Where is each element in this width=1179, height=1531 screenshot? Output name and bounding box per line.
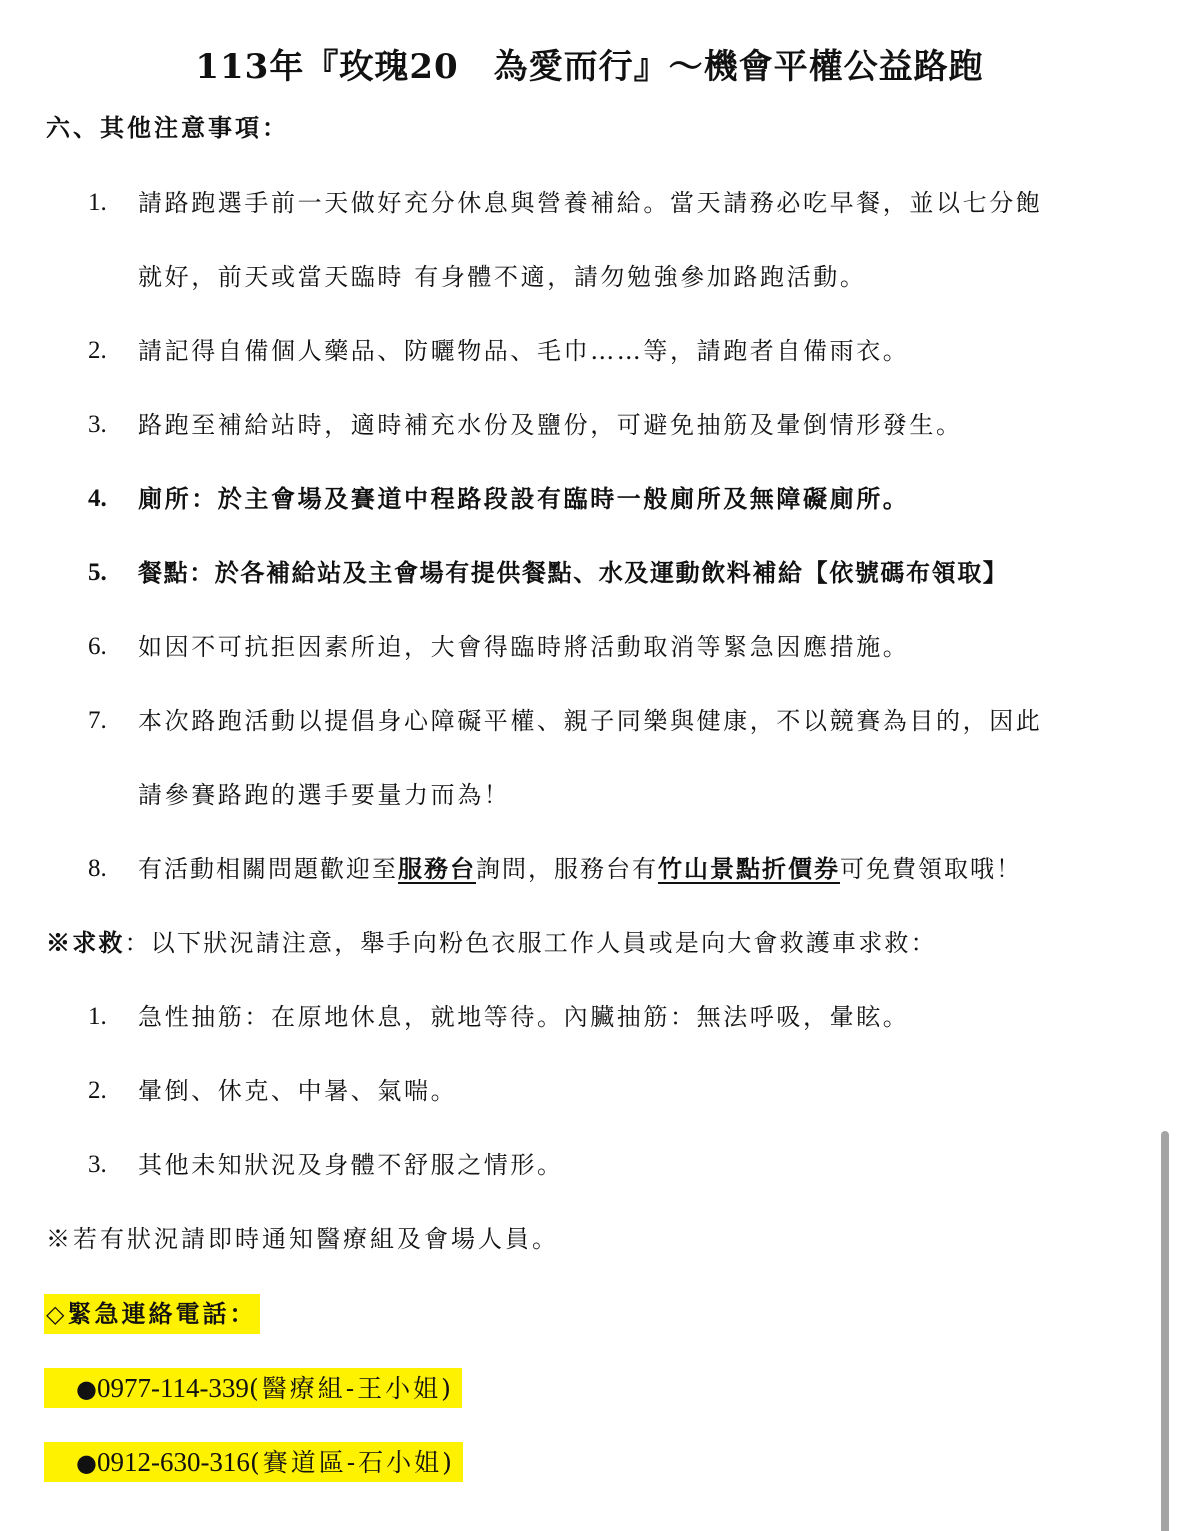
note-8-text-c: 詢問，服務台有: [476, 855, 658, 883]
contact-person: (賽道區-石小姐): [250, 1448, 455, 1477]
document-title: 113年『玫瑰20 為愛而行』～機會平權公益路跑: [0, 42, 1179, 92]
bullet-icon: ●: [76, 1449, 97, 1477]
notify-notice: ※若有狀況請即時通知醫療組及會場人員。: [46, 1219, 559, 1259]
note-3-number: 3.: [88, 405, 107, 445]
rescue-item-2-number: 2.: [88, 1071, 107, 1111]
contact-medical: ●0977-114-339(醫療組-王小姐): [44, 1368, 462, 1408]
note-2-line-1: 請記得自備個人藥品、防曬物品、毛巾……等，請跑者自備雨衣。: [138, 331, 909, 371]
note-6-line-1: 如因不可抗拒因素所迫，大會得臨時將活動取消等緊急因應措施。: [138, 627, 909, 667]
note-8-line-1: 有活動相關問題歡迎至服務台詢問，服務台有竹山景點折價券可免費領取哦！: [138, 849, 1022, 889]
note-6-number: 6.: [88, 627, 107, 667]
note-8-text-e: 可免費領取哦！: [840, 855, 1022, 883]
phone-number: 0977-114-339: [97, 1373, 249, 1403]
rescue-item-1-number: 1.: [88, 997, 107, 1037]
rescue-item-1: 急性抽筋：在原地休息，就地等待。內臟抽筋：無法呼吸，暈眩。: [138, 997, 909, 1037]
rescue-item-3-number: 3.: [88, 1145, 107, 1185]
rescue-label: ※求救: [46, 928, 125, 957]
note-5-line-1: 餐點：於各補給站及主會場有提供餐點、水及運動飲料補給【依號碼布領取】: [138, 553, 1008, 593]
note-8-text-a: 有活動相關問題歡迎至: [138, 855, 398, 883]
note-4-line-1: 廁所：於主會場及賽道中程路段設有臨時一般廁所及無障礙廁所。: [138, 479, 909, 519]
contact-course: ●0912-630-316(賽道區-石小姐): [44, 1442, 463, 1482]
note-8-number: 8.: [88, 849, 107, 889]
rescue-item-3: 其他未知狀況及身體不舒服之情形。: [138, 1145, 564, 1185]
vertical-scrollbar[interactable]: [1161, 1131, 1169, 1531]
service-desk-text: 服務台: [398, 854, 476, 883]
rescue-text: ：以下狀況請注意，舉手向粉色衣服工作人員或是向大會救護車求救：: [125, 929, 937, 957]
note-7-line-1: 本次路跑活動以提倡身心障礙平權、親子同樂與健康，不以競賽為目的，因此: [138, 701, 1042, 741]
note-7-line-2: 請參賽路跑的選手要量力而為！: [138, 775, 510, 815]
bullet-icon: ●: [76, 1375, 97, 1403]
note-1-line-2: 就好，前天或當天臨時 有身體不適，請勿勉強參加路跑活動。: [138, 257, 866, 297]
rescue-line: ※求救：以下狀況請注意，舉手向粉色衣服工作人員或是向大會救護車求救：: [46, 923, 937, 963]
note-4-number: 4.: [88, 479, 107, 519]
coupon-text: 竹山景點折價券: [658, 854, 840, 883]
phone-number: 0912-630-316: [97, 1447, 250, 1477]
contact-person: (醫療組-王小姐): [249, 1374, 454, 1403]
note-3-line-1: 路跑至補給站時，適時補充水份及鹽份，可避免抽筋及暈倒情形發生。: [138, 405, 963, 445]
note-1-number: 1.: [88, 183, 107, 223]
note-7-number: 7.: [88, 701, 107, 741]
rescue-item-2: 暈倒、休克、中暑、氣喘。: [138, 1071, 457, 1111]
note-1-line-1: 請路跑選手前一天做好充分休息與營養補給。當天請務必吃早餐，並以七分飽: [138, 183, 1042, 223]
note-2-number: 2.: [88, 331, 107, 371]
emergency-heading: ◇緊急連絡電話：: [44, 1294, 260, 1334]
section-heading: 六、其他注意事項：: [46, 108, 289, 148]
note-5-number: 5.: [88, 553, 107, 593]
